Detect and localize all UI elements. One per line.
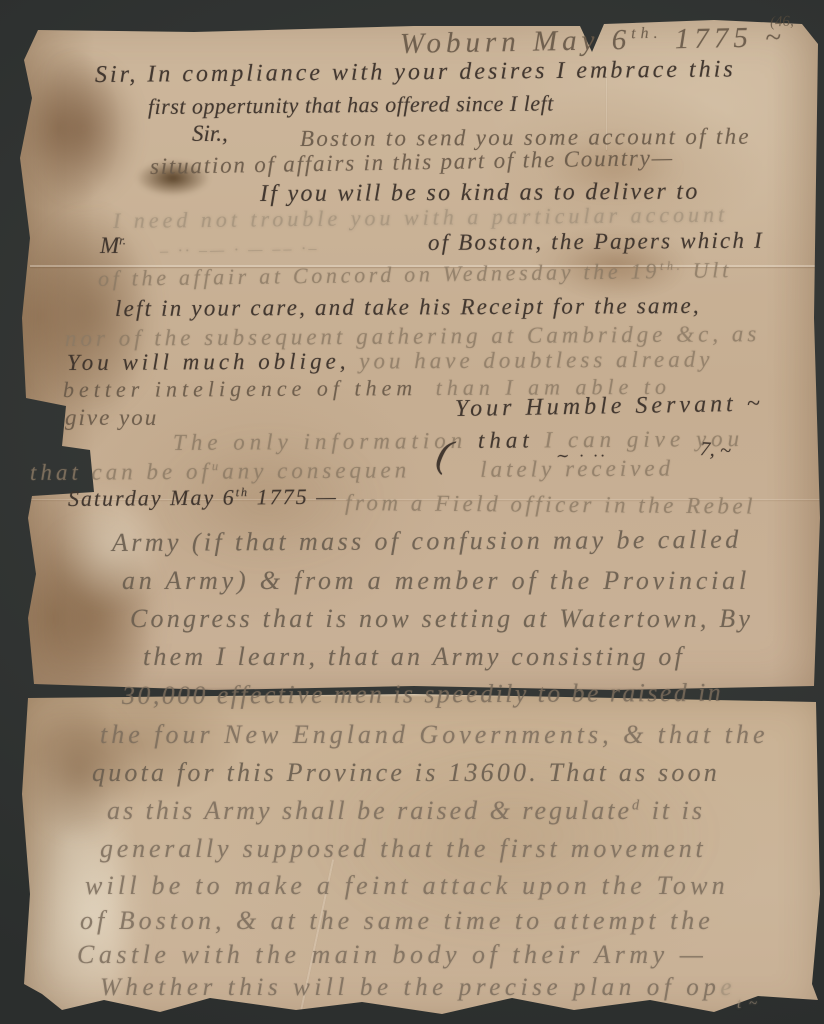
manuscript-text: e — [720, 974, 736, 1001]
manuscript-line: from a Field officer in the Rebel — [345, 490, 756, 520]
manuscript-line: the four New England Governments, & that… — [100, 720, 769, 750]
manuscript-text: Woburn May 6 — [400, 24, 632, 60]
closing: Your Humble Servant ~ — [455, 391, 764, 423]
manuscript-text: 7, ~ — [699, 438, 731, 462]
manuscript-text: Congress that is now setting at Watertow… — [130, 604, 753, 633]
manuscript-text: t ~ — [737, 996, 759, 1012]
manuscript-line: of Boston, the Papers which I — [428, 228, 764, 256]
manuscript-line: generally supposed that the first moveme… — [100, 834, 707, 864]
dateline: Woburn May 6th. 1775 ~ — [400, 21, 786, 61]
manuscript-text: M — [100, 233, 119, 258]
manuscript-text: better inteligence of them — [63, 375, 417, 402]
manuscript-text: Your Humble Servant ~ — [455, 391, 764, 422]
manuscript-line: The only information that I can give you — [173, 426, 744, 456]
manuscript-line: Whether this will be the precise plan of… — [100, 974, 736, 1002]
second-dateline: Saturday May 6th 1775 — — [68, 484, 338, 512]
manuscript-line: will be to make a feint attack upon the … — [85, 871, 729, 901]
manuscript-line: Army (if that mass of confusion may be c… — [112, 525, 742, 558]
manuscript-text: th. — [660, 258, 684, 272]
manuscript-text: – ·· –— · — –– ·– — [160, 240, 320, 260]
manuscript-line: as this Army shall be raised & regulated… — [107, 796, 705, 826]
manuscript-line: of the affair at Concord on Wednesday th… — [98, 257, 732, 292]
manuscript-line: an Army) & from a member of the Provinci… — [122, 566, 750, 596]
manuscript-line: situation of affairs in this part of the… — [150, 145, 674, 180]
manuscript-text: that — [478, 427, 534, 452]
manuscript-text: the four New England Governments, & that… — [100, 720, 769, 749]
manuscript-text: any consequen — [222, 457, 410, 483]
manuscript-text: 1775 — — [249, 484, 338, 510]
manuscript-text: as this Army shall be raised & regulate — [107, 796, 632, 825]
manuscript-text: you have doubtless already — [349, 347, 713, 374]
manuscript-text: of Boston, the Papers which I — [428, 228, 764, 255]
manuscript-line: Congress that is now setting at Watertow… — [130, 604, 753, 634]
manuscript-text: Army (if that mass of confusion may be c… — [112, 525, 742, 557]
manuscript-text: th — [236, 485, 250, 499]
manuscript-text: will be to make a feint attack upon the … — [85, 871, 729, 900]
manuscript-text: Castle with the main body of their Army … — [77, 940, 707, 969]
manuscript-line: quota for this Province is 13600. That a… — [92, 758, 720, 788]
manuscript-line: Castle with the main body of their Army … — [77, 940, 707, 970]
manuscript-text: lately received — [410, 456, 674, 483]
manuscript-text: situation of affairs in this part of the… — [150, 145, 674, 179]
manuscript-text: that can be of — [30, 459, 212, 485]
manuscript-text: 1775 — [662, 22, 765, 56]
manuscript-text: The only information — [173, 428, 478, 455]
manuscript-text: d — [632, 797, 642, 813]
manuscript-text: quota for this Province is 13600. That a… — [92, 758, 720, 787]
cutoff-fragment: t ~ — [737, 996, 759, 1013]
manuscript-text: left in your care, and take his Receipt … — [115, 293, 701, 321]
manuscript-text: give you — [65, 405, 158, 430]
manuscript-text: from a Field officer in the Rebel — [345, 490, 756, 519]
manuscript-text: an Army) & from a member of the Provinci… — [122, 566, 750, 595]
manuscript-text: Sir., — [192, 121, 228, 146]
manuscript-text: You will much oblige, — [67, 349, 350, 375]
archival-page-number: (46, — [770, 13, 795, 31]
manuscript-text: first oppertunity that has offered since… — [148, 90, 554, 119]
ink-scribble: 7, ~ — [699, 438, 731, 463]
manuscript-text: th. — [631, 25, 663, 43]
erased-name: – ·· –— · — –– ·– — [160, 240, 320, 261]
manuscript-text: them I learn, that an Army consisting of — [143, 642, 685, 671]
manuscript-line: that can be ofuany consequenlately recei… — [30, 456, 674, 486]
addressee: Mr. — [100, 233, 126, 259]
manuscript-text: generally supposed that the first moveme… — [100, 834, 707, 863]
manuscript-line: You will much oblige, you have doubtless… — [67, 347, 714, 376]
manuscript-text: Ult — [683, 257, 732, 283]
manuscript-text: Sir, In compliance with your desires I e… — [95, 56, 736, 88]
manuscript-text: it is — [642, 796, 705, 825]
manuscript-line: give you — [65, 405, 158, 431]
manuscript-text: 30,000 effective men is speedily to be r… — [122, 678, 723, 710]
interlined-salutation: Sir., — [192, 121, 228, 147]
manuscript-text: Whether this will be the precise plan of… — [100, 974, 720, 1001]
manuscript-text-layer: Woburn May 6th. 1775 ~Sir, In compliance… — [0, 0, 824, 1024]
manuscript-line: of Boston, & at the same time to attempt… — [80, 906, 714, 936]
scanned-letter: Woburn May 6th. 1775 ~Sir, In compliance… — [0, 0, 824, 1024]
manuscript-text: Saturday May 6 — [68, 485, 236, 511]
manuscript-line: them I learn, that an Army consisting of — [143, 642, 685, 672]
manuscript-text: r. — [119, 233, 126, 247]
manuscript-text: of Boston, & at the same time to attempt… — [80, 906, 714, 935]
manuscript-line: 30,000 effective men is speedily to be r… — [122, 678, 723, 711]
manuscript-line: first oppertunity that has offered since… — [148, 90, 554, 120]
manuscript-text: u — [212, 459, 222, 473]
manuscript-line: left in your care, and take his Receipt … — [115, 293, 701, 322]
salutation-line: Sir, In compliance with your desires I e… — [95, 56, 736, 89]
manuscript-text: of the affair at Concord on Wednesday th… — [98, 258, 660, 291]
